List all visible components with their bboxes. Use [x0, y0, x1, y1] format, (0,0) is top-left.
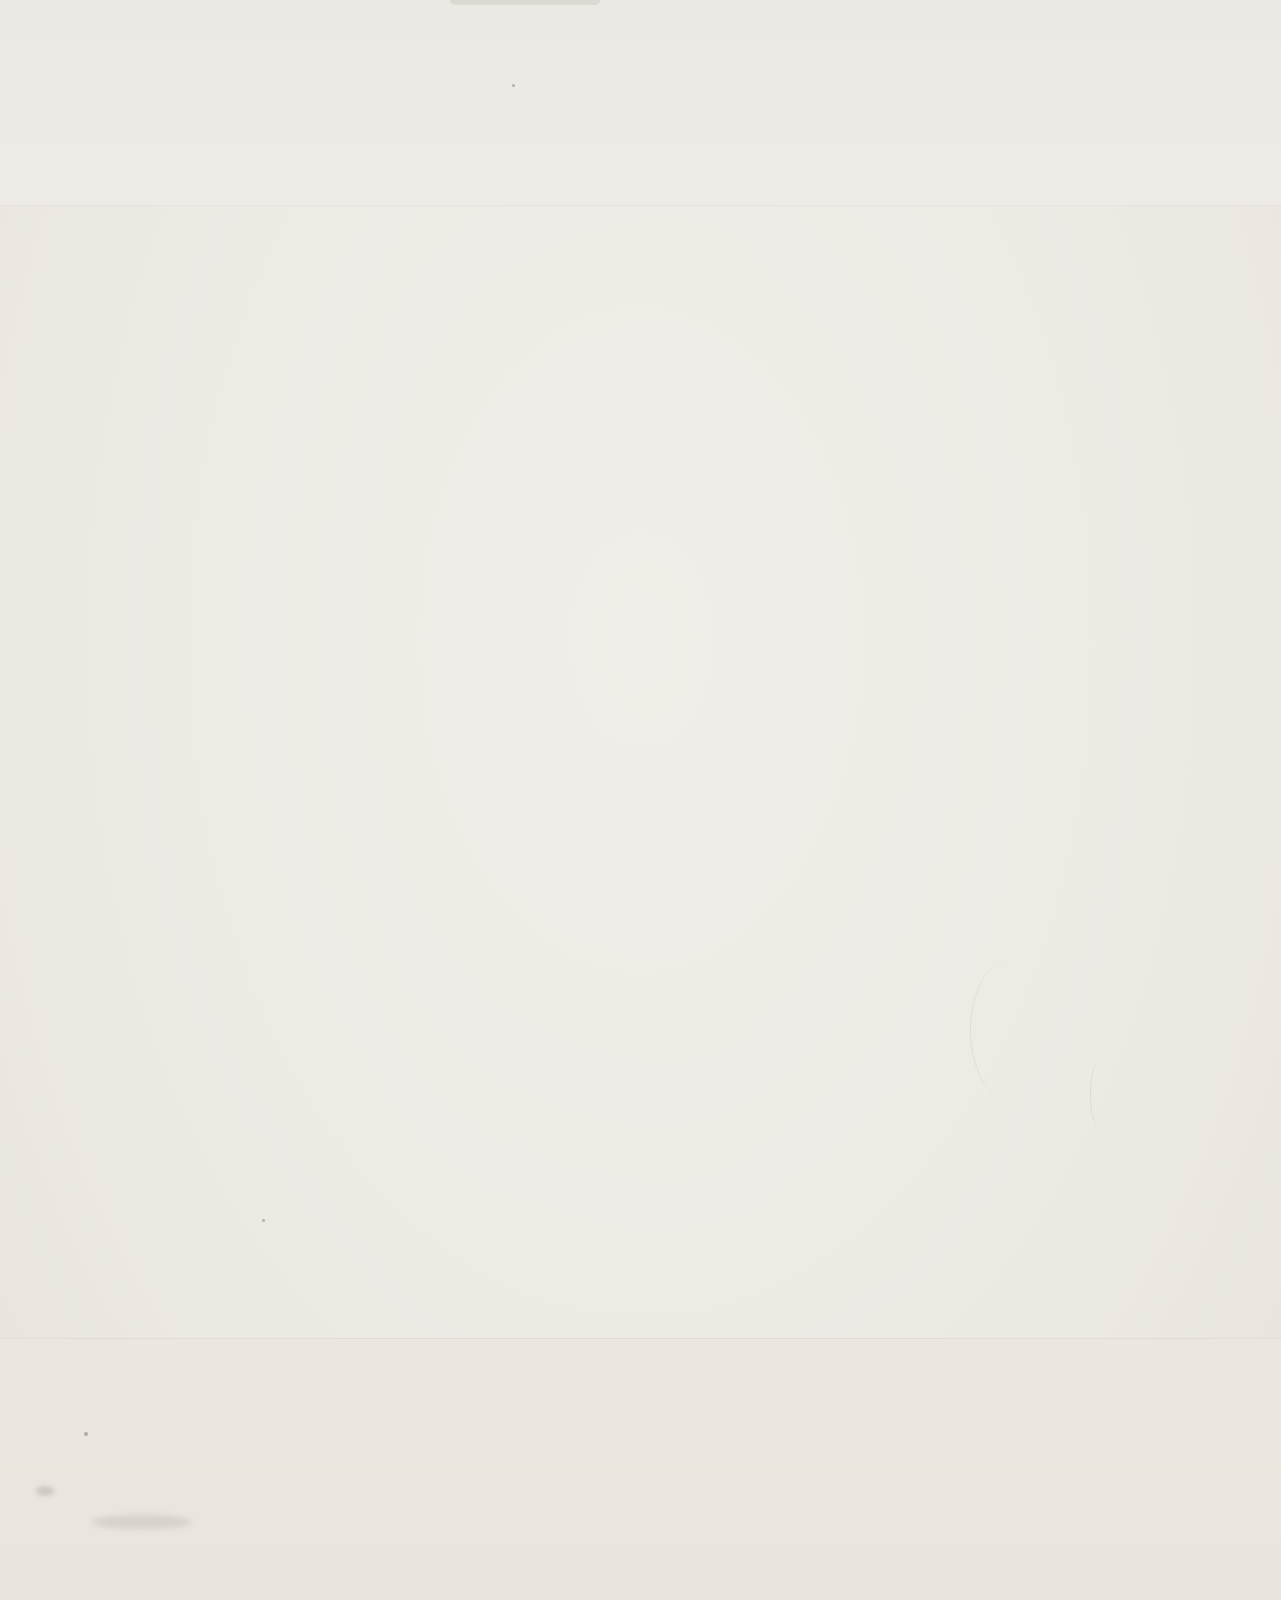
- faint-pencil-mark: [1090, 1060, 1111, 1130]
- smudge-mark: [36, 1486, 54, 1496]
- smudge-mark: [92, 1515, 192, 1529]
- ink-speck: [262, 1219, 265, 1222]
- paper-bottom-band: [0, 1338, 1281, 1600]
- ink-speck: [512, 84, 515, 87]
- paper-top-edge-mark: [450, 0, 600, 5]
- paper-top-band: [0, 0, 1281, 206]
- faint-pencil-mark: [970, 960, 1051, 1100]
- ink-speck: [84, 1432, 88, 1436]
- blank-paper-page: [0, 0, 1281, 1600]
